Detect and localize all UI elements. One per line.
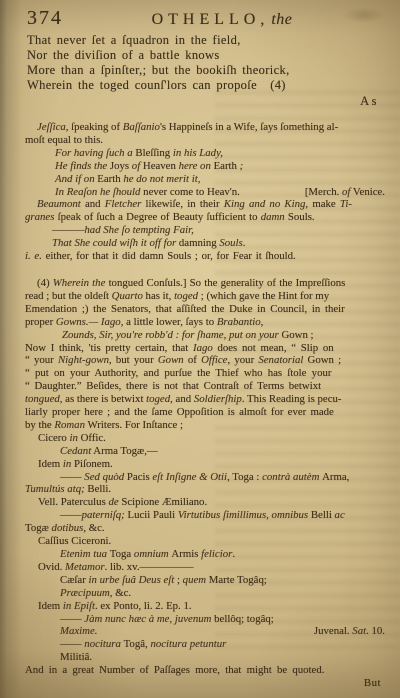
roman-text: Armis	[171, 548, 201, 560]
italic-text: Tumultús atq;	[25, 483, 85, 495]
roman-text: proper	[25, 316, 56, 328]
book-page: 374 OTHELLO,the That never ſet a ſquadro…	[0, 0, 400, 698]
text-line: Idem in Piſonem.	[25, 458, 385, 471]
italic-text: toged	[174, 290, 198, 302]
roman-text: damning	[179, 237, 219, 249]
italic-text: He finds the	[55, 160, 110, 172]
roman-text: Wherein the toged counſ'lors can propoſe…	[27, 78, 286, 92]
roman-text: either, for that it did damn Souls ; or,…	[42, 250, 296, 262]
roman-text: Joys	[110, 160, 129, 172]
running-header: 374 OTHELLO,the	[0, 0, 400, 32]
roman-text: . This Reading is pecu-	[242, 393, 342, 405]
text-line: “ Daughter.” Beſides, there is not that …	[25, 380, 385, 393]
italic-text: contrà autèm	[262, 471, 322, 483]
roman-text: liarly proper here ; and the ſame Oppoſi…	[25, 406, 334, 418]
roman-text: 's Happineſs in a Wife, ſays ſomething a…	[160, 121, 338, 133]
italic-text: Beaumont	[37, 198, 81, 210]
italic-text: Gowns.— Iago	[56, 316, 121, 328]
italic-text: quem	[183, 574, 206, 586]
text-line: ———had She ſo tempting Fair,	[25, 224, 385, 237]
italic-text: In Reaſon he ſhould	[55, 186, 143, 198]
roman-text: Ovid.	[38, 561, 65, 573]
text-line: Emendation ;) the Senators, that aſſiſte…	[25, 303, 385, 316]
text-line: Togæ dotibus, &c.	[25, 522, 385, 535]
roman-text: , &c.	[83, 522, 104, 534]
italic-text: Wherein the	[53, 277, 109, 289]
text-line: “ your Night-gown, but your Gown of Offi…	[25, 354, 385, 367]
italic-text: That She could wiſh it off for	[52, 237, 179, 249]
roman-text: Toga	[110, 548, 134, 560]
roman-text: , but your	[109, 354, 158, 366]
italic-text: Cedant	[60, 445, 91, 457]
roman-text: , your	[227, 354, 258, 366]
text-line: Præcipuum, &c.	[25, 587, 385, 600]
roman-text: as there is betwixt	[62, 393, 146, 405]
line-left: Maxime.	[60, 625, 97, 638]
roman-text: ——	[60, 638, 84, 650]
roman-text: Cæſar	[60, 574, 89, 586]
roman-text: read ; but the oldeſt	[25, 290, 112, 302]
text-line: Cedant Arma Togæ,—	[25, 445, 385, 458]
roman-text: . 10.	[366, 625, 385, 637]
roman-text: ſpeak of ſuch a Degree of Beauty ſuffici…	[54, 211, 260, 223]
text-line: He finds the Joys of Heaven here on Eart…	[25, 160, 385, 173]
roman-text: Militiâ.	[60, 651, 92, 663]
roman-text: Marte Togâq;	[206, 574, 267, 586]
italic-text: Zounds, Sir, you're robb'd : for ſhame, …	[62, 329, 281, 341]
roman-text: Offic.	[78, 432, 106, 444]
roman-text: Idem	[38, 600, 63, 612]
roman-text: ;	[174, 574, 182, 586]
italic-text: in his Lady,	[170, 147, 223, 159]
italic-text: Gown	[158, 354, 184, 366]
roman-text: ——	[60, 509, 82, 521]
running-title-caps: OTHELLO,	[152, 11, 270, 28]
roman-text: moſt equal to this.	[25, 134, 103, 146]
text-line: Nor the diviſion of a battle knows	[27, 48, 385, 63]
italic-text: Ti-	[340, 198, 352, 210]
spacer	[25, 263, 385, 277]
roman-text: Gown ;	[303, 354, 341, 366]
italic-text: King and no King	[224, 198, 306, 210]
roman-text: , &c.	[110, 587, 131, 599]
italic-text: of	[129, 160, 143, 172]
roman-text: Nor the diviſion of a battle knows	[27, 48, 220, 62]
text-line: tongued, as there is betwixt toged, and …	[25, 393, 385, 406]
roman-text: Belli	[308, 509, 334, 521]
italic-text: he do not merit it,	[121, 173, 201, 185]
text-line: Ovid. Metamor. lib. xv.—————	[25, 561, 385, 574]
text-line: “ put on your Authority, and purſue the …	[25, 367, 385, 380]
text-line: —— nocitura Togâ, nocitura petuntur	[25, 638, 385, 651]
roman-text: does not mean, “ Slip on	[213, 342, 334, 354]
italic-text: Senatorial	[258, 354, 303, 366]
roman-text: “ Daughter.” Beſides, there is not that …	[25, 380, 321, 392]
play-text-verse: That never ſet a ſquadron in the field,N…	[0, 32, 400, 93]
italic-text: i. e.	[25, 250, 42, 262]
text-line: Beaumont and Fletcher likewiſe, in their…	[25, 198, 385, 211]
roman-text: ———	[52, 224, 84, 236]
roman-text: Earth	[97, 173, 120, 185]
text-line: by the Roman Writers. For Inſtance ;	[25, 419, 385, 432]
roman-text: Writers. For Inſtance ;	[85, 419, 183, 431]
roman-text: Idem	[38, 458, 63, 470]
roman-text: Earth	[214, 160, 237, 172]
text-line: proper Gowns.— Iago, a little lower, ſay…	[25, 316, 385, 329]
running-title: OTHELLO,the	[63, 11, 385, 29]
text-line: For having ſuch a Bleſſing in his Lady,	[25, 147, 385, 160]
text-line: In Reaſon he ſhould never come to Heav'n…	[25, 186, 385, 199]
roman-text: Pacis	[127, 471, 153, 483]
roman-text: Arma,	[322, 471, 349, 483]
italic-text: de	[108, 496, 118, 508]
italic-text: Souls	[219, 237, 242, 249]
roman-text: . ex Ponto, li. 2. Ep. 1.	[95, 600, 192, 612]
text-line: Jeſſica, ſpeaking of Baſſanio's Happineſ…	[25, 121, 385, 134]
text-line: —— Sed quòd Pacis eſt Inſigne & Otii, To…	[25, 471, 385, 484]
italic-text: ;	[237, 160, 243, 172]
roman-text: and	[81, 198, 105, 210]
roman-text: More than a ſpinſter,; but the bookiſh t…	[27, 63, 290, 77]
roman-text: Scipione Æmiliano.	[119, 496, 207, 508]
italic-text: Night-gown	[58, 354, 109, 366]
italic-text: had She ſo tempting Fair,	[84, 224, 193, 236]
roman-text: ——	[60, 471, 84, 483]
italic-text: in Epiſt	[63, 600, 95, 612]
italic-text: Baſſanio	[123, 121, 160, 133]
roman-text: Gown ;	[281, 329, 313, 341]
roman-text: Caſſius Ciceroni.	[38, 535, 111, 547]
roman-text: by the	[25, 419, 54, 431]
roman-text: ,	[261, 316, 264, 328]
italic-text: Maxime.	[60, 625, 97, 637]
roman-text: Belli.	[85, 483, 111, 495]
text-line: Wherein the toged counſ'lors can propoſe…	[27, 78, 385, 93]
text-line: read ; but the oldeſt Quarto has it, tog…	[25, 290, 385, 303]
commentary-text: Jeſſica, ſpeaking of Baſſanio's Happineſ…	[0, 121, 400, 677]
roman-text: Cicero	[38, 432, 69, 444]
roman-text: .	[243, 237, 246, 249]
running-title-suffix: the	[271, 11, 292, 28]
text-line: Cicero in Offic.	[25, 432, 385, 445]
roman-text: ——	[60, 613, 84, 625]
roman-text: Souls.	[285, 211, 315, 223]
italic-text: tongued,	[25, 393, 62, 405]
roman-text: [Merch.	[305, 186, 342, 198]
catchword-bottom: But	[0, 677, 400, 690]
italic-text: Sat	[352, 625, 366, 637]
italic-text: nocitura petuntur	[150, 638, 226, 650]
roman-text: , make	[305, 198, 339, 210]
italic-text: granes	[25, 211, 54, 223]
line-right-citation: [Merch. of Venice.	[305, 186, 385, 199]
text-line: Maxime.Juvenal. Sat. 10.	[25, 625, 385, 638]
italic-text: paterniſq;	[82, 509, 125, 521]
italic-text: For having ſuch a	[55, 147, 135, 159]
text-line: That She could wiſh it off for damning S…	[25, 237, 385, 250]
italic-text: Soldierſhip	[194, 393, 242, 405]
text-line: Caſſius Ciceroni.	[25, 535, 385, 548]
roman-text: has it,	[143, 290, 174, 302]
catchword-top: As	[0, 95, 400, 108]
text-line: And in a great Number of Paſſages more, …	[25, 664, 385, 677]
roman-text: , a little lower, ſays to	[121, 316, 217, 328]
italic-text: dotibus	[52, 522, 84, 534]
text-line: Militiâ.	[25, 651, 385, 664]
italic-text: Fletcher	[105, 198, 142, 210]
italic-text: nocitura	[84, 638, 123, 650]
roman-text: Venice.	[350, 186, 385, 198]
roman-text: Togæ	[25, 522, 52, 534]
italic-text: Metamor	[65, 561, 105, 573]
roman-text: . lib. xv.—————	[105, 561, 194, 573]
roman-text: That never ſet a ſquadron in the field,	[27, 33, 241, 47]
text-line: Now I think, 'tis pretty certain, that I…	[25, 342, 385, 355]
roman-text: (4)	[37, 277, 53, 289]
text-line: ——paterniſq; Lucii Pauli Virtutibus ſimi…	[25, 509, 385, 522]
roman-text: , ſpeaking of	[66, 121, 123, 133]
italic-text: damn	[261, 211, 285, 223]
text-line: Tumultús atq; Belli.	[25, 483, 385, 496]
italic-text: Roman	[54, 419, 85, 431]
roman-text: tongued Conſuls.] So the generality of t…	[109, 277, 346, 289]
italic-text: in	[69, 432, 77, 444]
roman-text: Vell. Paterculus	[38, 496, 108, 508]
roman-text: .	[232, 548, 235, 560]
text-line: Idem in Epiſt. ex Ponto, li. 2. Ep. 1.	[25, 600, 385, 613]
line-right-citation: Juvenal. Sat. 10.	[314, 625, 385, 638]
roman-text: Piſonem.	[71, 458, 112, 470]
roman-text: never come to Heav'n.	[143, 186, 240, 198]
italic-text: Etenìm tua	[60, 548, 110, 560]
roman-text: “ your	[25, 354, 58, 366]
roman-text: Lucii Pauli	[125, 509, 178, 521]
italic-text: Jeſſica	[37, 121, 66, 133]
italic-text: Virtutibus ſimillimus, omnibus	[178, 509, 308, 521]
italic-text: ac	[335, 509, 345, 521]
text-line: (4) Wherein the tongued Conſuls.] So the…	[25, 277, 385, 290]
text-line: Zounds, Sir, you're robb'd : for ſhame, …	[25, 329, 385, 342]
italic-text: here on	[176, 160, 214, 172]
italic-text: omnium	[134, 548, 172, 560]
roman-text: “ put on your Authority, and purſue the …	[25, 367, 331, 379]
roman-text: , and	[170, 393, 194, 405]
text-line: liarly proper here ; and the ſame Oppoſi…	[25, 406, 385, 419]
text-line: moſt equal to this.	[25, 134, 385, 147]
text-line: That never ſet a ſquadron in the field,	[27, 33, 385, 48]
italic-text: Office	[201, 354, 227, 366]
roman-text: bellôq; togâq;	[214, 613, 274, 625]
italic-text: toged	[146, 393, 170, 405]
roman-text: Now I think, 'tis pretty certain, that	[25, 342, 193, 354]
italic-text: Præcipuum	[60, 587, 110, 599]
italic-text: Jàm nunc hæc à me, juvenum	[84, 613, 214, 625]
roman-text: Arma Togæ,—	[91, 445, 158, 457]
italic-text: in urbe ſuâ Deus eſt	[89, 574, 175, 586]
text-line: And if on Earth he do not merit it,	[25, 173, 385, 186]
page-number: 374	[27, 7, 63, 30]
italic-text: Sed quòd	[84, 471, 127, 483]
italic-text: Iago	[193, 342, 213, 354]
roman-text: Bleſſing	[135, 147, 170, 159]
roman-text: ; (which gave the Hint for my	[198, 290, 329, 302]
text-line: i. e. either, for that it did damn Souls…	[25, 250, 385, 263]
line-left: In Reaſon he ſhould never come to Heav'n…	[55, 186, 240, 199]
roman-text: of	[184, 354, 201, 366]
italic-text: Brabantio	[217, 316, 261, 328]
text-line: Vell. Paterculus de Scipione Æmiliano.	[25, 496, 385, 509]
text-line: —— Jàm nunc hæc à me, juvenum bellôq; to…	[25, 613, 385, 626]
roman-text: , Toga :	[227, 471, 262, 483]
text-line: Cæſar in urbe ſuâ Deus eſt ; quem Marte …	[25, 574, 385, 587]
italic-text: Quarto	[112, 290, 143, 302]
text-line: More than a ſpinſter,; but the bookiſh t…	[27, 63, 385, 78]
roman-text: Heaven	[143, 160, 176, 172]
roman-text: And in a great Number of Paſſages more, …	[25, 664, 324, 676]
roman-text: likewiſe, in their	[141, 198, 223, 210]
italic-text: And if on	[55, 173, 97, 185]
italic-text: eſt Inſigne & Otii	[152, 471, 227, 483]
text-line: Etenìm tua Toga omnium Armis felicior.	[25, 548, 385, 561]
roman-text: Togâ,	[124, 638, 151, 650]
italic-text: felicior	[201, 548, 232, 560]
roman-text: Emendation ;) the Senators, that aſſiſte…	[25, 303, 345, 315]
roman-text: Juvenal.	[314, 625, 352, 637]
text-line: granes ſpeak of ſuch a Degree of Beauty …	[25, 211, 385, 224]
